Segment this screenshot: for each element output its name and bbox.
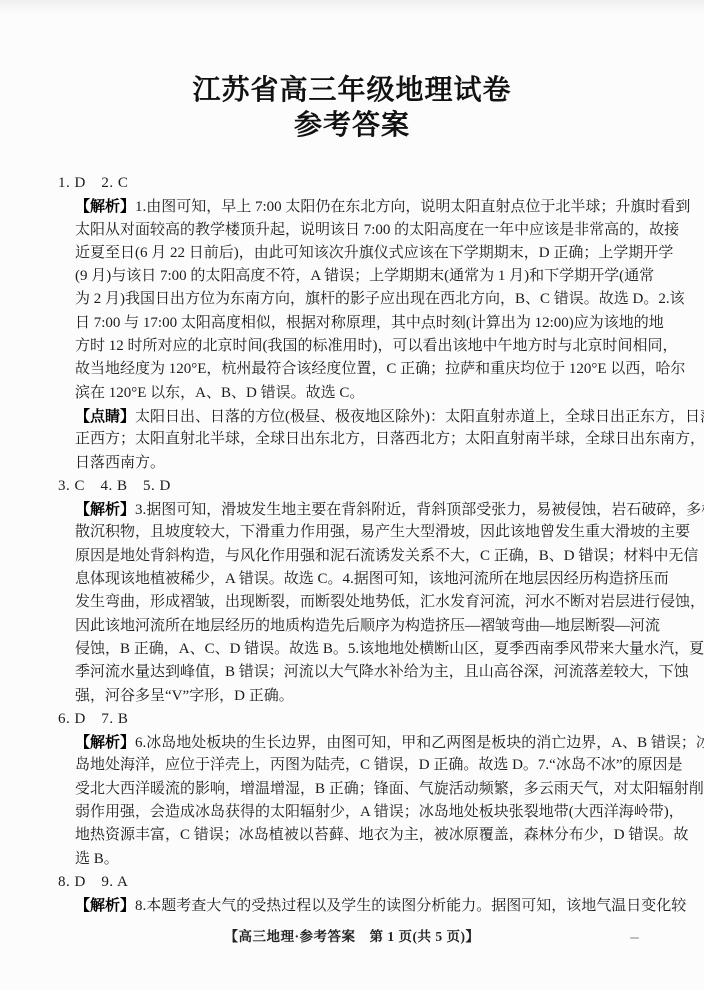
analysis-line: 方时 12 时所对应的北京时间(我国的标准用时)，可以看出该地中午地方时与北京时… (58, 335, 654, 358)
analysis-line: 选 B。 (58, 848, 654, 871)
section-marker-label: 【解析】 (75, 897, 135, 914)
answer-line: 1. D 2. C (58, 172, 654, 195)
analysis-line: 强，河谷多呈“V”字形，D 正确。 (58, 685, 654, 708)
analysis-line: 原因是地处背斜构造，与风化作用强和泥石流诱发关系不大，C 正确，B、D 错误；材… (58, 545, 654, 568)
section-marker-label: 【解析】 (75, 198, 135, 215)
answer-line: 8. D 9. A (58, 871, 654, 894)
analysis-line: 日落西南方。 (58, 452, 654, 475)
analysis-line: 【解析】1.由图可知，早上 7:00 太阳仍在东北方向，说明太阳直射点位于北半球… (58, 195, 654, 218)
section-marker-label: 【解析】 (75, 501, 135, 518)
analysis-line: 季河流水量达到峰值，B 错误；河流以大气降水补给为主，且山高谷深，河流落差较大，… (58, 661, 654, 684)
section-marker-label: 【解析】 (75, 734, 135, 751)
answer-line: 3. C 4. B 5. D (58, 475, 654, 498)
analysis-line: 为 2 月)我国日出方位为东南方向，旗杆的影子应出现在西北方向，B、C 错误。故… (58, 288, 654, 311)
analysis-line: 受北大西洋暖流的影响，增温增湿，B 正确；锋面、气旋活动频繁，多云雨天气，对太阳… (58, 778, 654, 801)
answer-sheet-page: 江苏省高三年级地理试卷 参考答案 1. D 2. C【解析】1.由图可知，早上 … (0, 0, 704, 990)
analysis-line: 【解析】8.本题考查大气的受热过程以及学生的读图分析能力。据图可知，该地气温日变… (58, 894, 654, 917)
analysis-line: 【解析】6.冰岛地处板块的生长边界，由图可知，甲和乙两图是板块的消亡边界，A、B… (58, 731, 654, 754)
page-title: 江苏省高三年级地理试卷 (0, 72, 704, 107)
analysis-line: 故当地经度为 120°E，杭州最符合该经度位置，C 正确；拉萨和重庆均位于 12… (58, 358, 654, 381)
analysis-line: 近夏至日(6 月 22 日前后)，由此可知该次升旗仪式应该在下学期期末，D 正确… (58, 242, 654, 265)
analysis-line: 发生弯曲，形成褶皱，出现断裂，而断裂处地势低，汇水发育河流，河水不断对岩层进行侵… (58, 591, 654, 614)
analysis-line: 正西方；太阳直射北半球，全球日出东北方，日落西北方；太阳直射南半球，全球日出东南… (58, 428, 654, 451)
scan-artifact-mark (630, 937, 639, 939)
page-footer: 【高三地理·参考答案 第 1 页(共 5 页)】 (0, 925, 704, 945)
analysis-line: 滨在 120°E 以东，A、B、D 错误。故选 C。 (58, 382, 654, 405)
analysis-line: 侵蚀，B 正确，A、C、D 错误。故选 B。5.该地地处横断山区，夏季西南季风带… (58, 638, 654, 661)
analysis-line: 息体现该地植被稀少，A 错误。故选 C。4.据图可知，该地河流所在地层因经历构造… (58, 568, 654, 591)
analysis-line: 【解析】3.据图可知，滑坡发生地主要在背斜附近，背斜顶部受张力，易被侵蚀，岩石破… (58, 498, 654, 521)
analysis-line: 太阳从对面较高的教学楼顶升起，说明该日 7:00 的太阳高度在一年中应该是非常高… (58, 219, 654, 242)
analysis-line: 岛地处海洋，应位于洋壳上，丙图为陆壳，C 错误，D 正确。故选 D。7.“冰岛不… (58, 754, 654, 777)
analysis-line: 【点睛】太阳日出、日落的方位(极昼、极夜地区除外)：太阳直射赤道上，全球日出正东… (58, 405, 654, 428)
document-body: 1. D 2. C【解析】1.由图可知，早上 7:00 太阳仍在东北方向，说明太… (58, 172, 654, 918)
analysis-line: 弱作用强，会造成冰岛获得的太阳辐射少，A 错误；冰岛地处板块张裂地带(大西洋海岭… (58, 801, 654, 824)
analysis-line: 地热资源丰富，C 错误；冰岛植被以苔藓、地衣为主，被冰原覆盖，森林分布少，D 错… (58, 824, 654, 847)
answer-line: 6. D 7. B (58, 708, 654, 731)
document-header: 江苏省高三年级地理试卷 参考答案 (0, 72, 704, 142)
section-marker-label: 【点睛】 (75, 408, 135, 425)
page-subtitle: 参考答案 (0, 107, 704, 142)
analysis-line: 日 7:00 与 17:00 太阳高度相似，根据对称原理，其中点时刻(计算出为 … (58, 312, 654, 335)
analysis-line: 散沉积物，且坡度较大，下滑重力作用强，易产生大型滑坡，因此该地曾发生重大滑坡的主… (58, 521, 654, 544)
analysis-line: (9 月)与该日 7:00 的太阳高度不符，A 错误；上学期期末(通常为 1 月… (58, 265, 654, 288)
analysis-line: 因此该地河流所在地层经历的地质构造先后顺序为构造挤压—褶皱弯曲—地层断裂—河流 (58, 615, 654, 638)
